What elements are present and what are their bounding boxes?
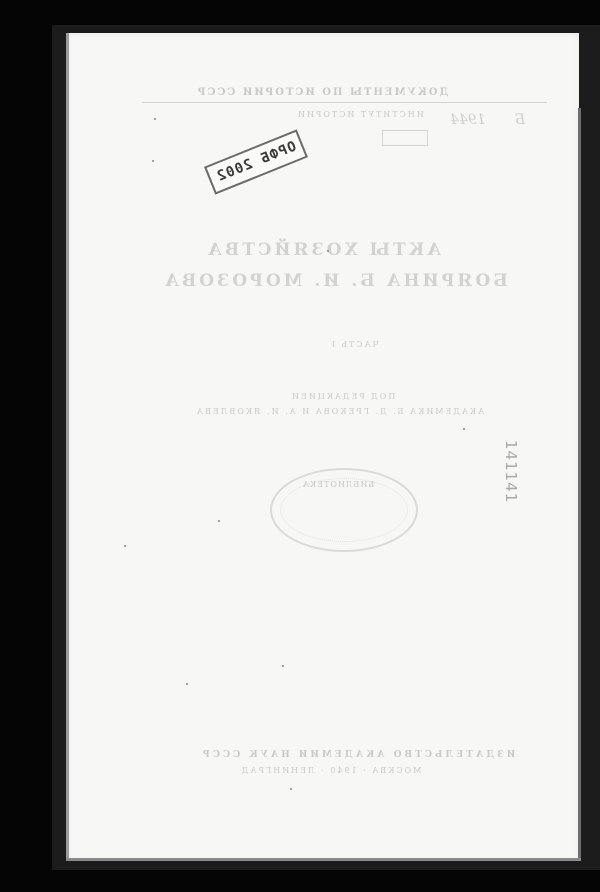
speck — [124, 545, 126, 547]
bleed-place-year: МОСКВА · 1940 · ЛЕНИНГРАД — [240, 766, 421, 775]
header-rule — [142, 102, 547, 103]
speck — [463, 428, 465, 430]
part-text: ЧАСТЬ I — [330, 340, 379, 349]
editor-line-text: ПОД РЕДАКЦИЕЙ — [290, 392, 395, 401]
oval-library-stamp: БИБЛИОТЕКА — [270, 468, 418, 552]
editorial-line-text: АКАДЕМИКА Б. Д. ГРЕКОВА И А. И. ЯКОВЛЕВА — [195, 407, 484, 416]
page-left-edge — [66, 33, 69, 861]
handwritten-shelf-note: 1944 — [450, 112, 486, 128]
speck — [327, 250, 329, 252]
place-year-text: МОСКВА · 1940 · ЛЕНИНГРАД — [240, 766, 421, 775]
title-line-1-text: АКТЫ ХОЗЯЙСТВА — [205, 240, 441, 260]
page-bottom-edge — [66, 858, 581, 861]
title-line-2-text: БОЯРИНА Б. И. МОРОЗОВА — [162, 271, 508, 291]
bleed-series-header: ДОКУМЕНТЫ ПО ИСТОРИИ СССР — [196, 87, 448, 98]
speck — [152, 160, 154, 162]
bleed-part: ЧАСТЬ I — [330, 340, 379, 349]
speck — [186, 683, 188, 685]
bleed-sub-header: ИНСТИТУТ ИСТОРИИ — [296, 110, 424, 119]
oval-stamp-text: БИБЛИОТЕКА — [302, 480, 374, 489]
margin-inventory-number: 141141 — [502, 440, 520, 503]
handwritten-letter: Б — [515, 112, 525, 128]
publisher-text: ИЗДАТЕЛЬСТВО АКАДЕМИИ НАУК СССР — [200, 750, 515, 760]
bleed-editor-line: ПОД РЕДАКЦИЕЙ — [290, 392, 395, 401]
speck — [218, 520, 220, 522]
bleed-title-line-1: АКТЫ ХОЗЯЙСТВА — [205, 240, 441, 260]
page-right-edge — [578, 108, 581, 860]
bleed-publisher: ИЗДАТЕЛЬСТВО АКАДЕМИИ НАУК СССР — [200, 750, 515, 760]
speck — [154, 118, 156, 120]
speck — [290, 788, 292, 790]
series-header-text: ДОКУМЕНТЫ ПО ИСТОРИИ СССР — [196, 87, 448, 98]
sub-header-text: ИНСТИТУТ ИСТОРИИ — [296, 110, 424, 119]
speck — [282, 665, 284, 667]
bleed-title-line-2: БОЯРИНА Б. И. МОРОЗОВА — [162, 271, 508, 291]
box-stamp — [382, 130, 428, 146]
bleed-editorial-line: АКАДЕМИКА Б. Д. ГРЕКОВА И А. И. ЯКОВЛЕВА — [195, 407, 484, 416]
